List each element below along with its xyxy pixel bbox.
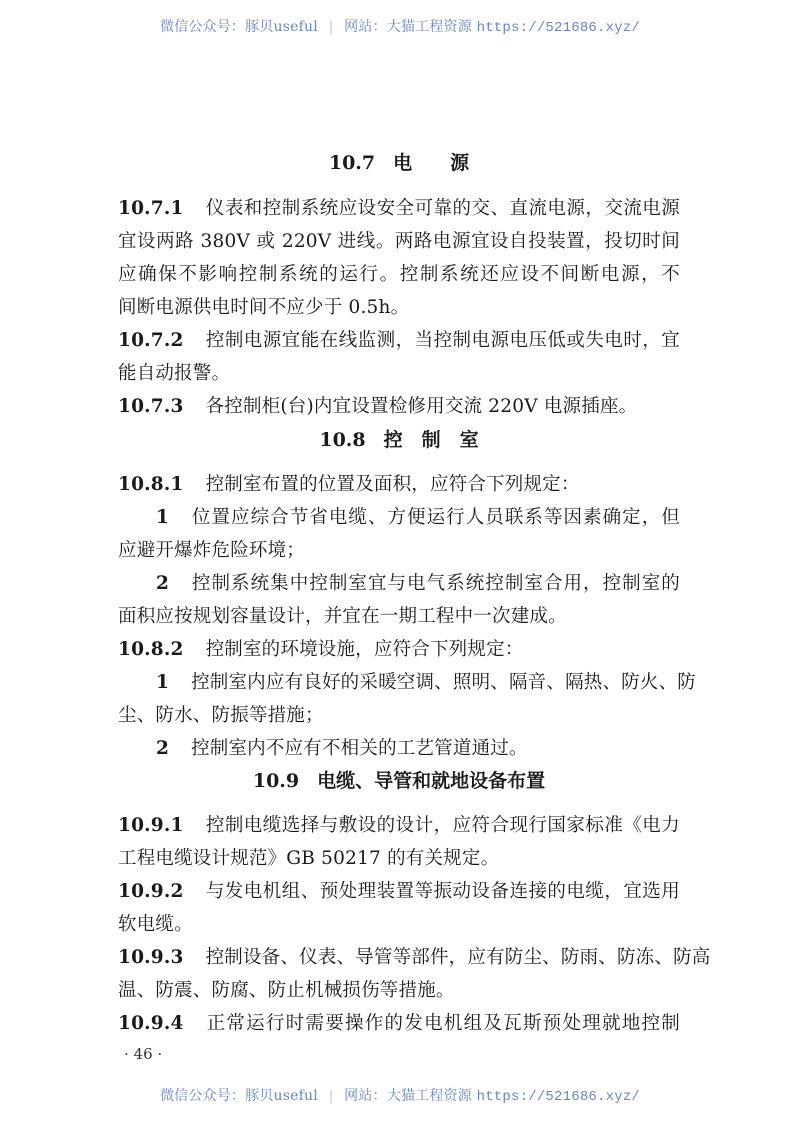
text-line: 宜设两路 380V 或 220V 进线。两路电源宜设自投装置，投切时间 — [118, 231, 680, 253]
watermark-bottom: 微信公众号：豚贝useful | 网站：大猫工程资源 https://52168… — [0, 1085, 800, 1105]
item-1: 1位置应综合节省电缆、方便运行人员联系等因素确定，但 — [118, 507, 680, 529]
text-line: 工程电缆设计规范》GB 50217 的有关规定。 — [118, 848, 680, 870]
watermark-top: 微信公众号：豚贝useful | 网站：大猫工程资源 https://52168… — [0, 16, 800, 36]
item-text: 位置应综合节省电缆、方便运行人员联系等因素确定，但 — [191, 507, 680, 528]
item-number: 2 — [156, 573, 169, 594]
text-line: 尘、防水、防振等措施； — [118, 705, 680, 727]
clause-10-9-3: 10.9.3控制设备、仪表、导管等部件，应有防尘、防雨、防冻、防高 — [118, 947, 680, 969]
clause-text: 控制室的环境设施，应符合下列规定： — [206, 639, 524, 660]
text-line: 温、防震、防腐、防止机械损伤等措施。 — [118, 980, 680, 1002]
item-text: 控制室内应有良好的采暖空调、照明、隔音、隔热、防火、防 — [191, 672, 696, 693]
item-2: 2控制系统集中控制室宜与电气系统控制室合用，控制室的 — [118, 573, 680, 595]
text-line: 软电缆。 — [118, 914, 680, 936]
clause-number: 10.9.4 — [118, 1013, 184, 1034]
heading-number: 10.7 — [329, 152, 375, 174]
watermark-site: 网站：大猫工程资源 — [344, 19, 472, 35]
watermark-wechat: 微信公众号：豚贝useful — [160, 1088, 318, 1104]
watermark-wechat: 微信公众号：豚贝useful — [160, 19, 318, 35]
watermark-separator: | — [329, 19, 334, 35]
clause-number: 10.8.2 — [118, 639, 184, 660]
clause-10-9-4: 10.9.4正常运行时需要操作的发电机组及瓦斯预处理就地控制 — [118, 1013, 680, 1035]
item-text: 控制系统集中控制室宜与电气系统控制室合用，控制室的 — [191, 573, 680, 594]
clause-number: 10.7.2 — [118, 330, 184, 351]
clause-text: 控制电缆选择与敷设的设计，应符合现行国家标准《电力 — [206, 815, 680, 836]
clause-10-9-2: 10.9.2与发电机组、预处理装置等振动设备连接的电缆，宜选用 — [118, 881, 680, 903]
watermark-url[interactable]: https://521686.xyz/ — [477, 20, 640, 36]
item-1: 1控制室内应有良好的采暖空调、照明、隔音、隔热、防火、防 — [118, 672, 680, 694]
clause-10-9-1: 10.9.1控制电缆选择与敷设的设计，应符合现行国家标准《电力 — [118, 815, 680, 837]
heading-title: 控 制 室 — [384, 429, 479, 451]
clause-text: 控制设备、仪表、导管等部件，应有防尘、防雨、防冻、防高 — [206, 947, 711, 968]
item-number: 1 — [156, 672, 169, 693]
item-number: 1 — [156, 507, 169, 528]
clause-number: 10.9.1 — [118, 815, 184, 836]
clause-10-7-2: 10.7.2控制电源宜能在线监测，当控制电源电压低或失电时，宜 — [118, 330, 680, 352]
clause-text: 仪表和控制系统应设安全可靠的交、直流电源，交流电源 — [206, 198, 680, 219]
heading-number: 10.9 — [253, 770, 299, 792]
clause-number: 10.7.1 — [118, 198, 184, 219]
heading-title: 电缆、导管和就地设备布置 — [317, 770, 545, 792]
clause-text: 控制电源宜能在线监测，当控制电源电压低或失电时，宜 — [206, 330, 680, 351]
text-line: 间断电源供电时间不应少于 0.5h。 — [118, 297, 680, 319]
section-heading-10-7: 10.7电 源 — [118, 148, 680, 175]
clause-text: 正常运行时需要操作的发电机组及瓦斯预处理就地控制 — [206, 1013, 680, 1034]
watermark-separator: | — [329, 1088, 334, 1104]
clause-text: 与发电机组、预处理装置等振动设备连接的电缆，宜选用 — [206, 881, 680, 902]
item-number: 2 — [156, 738, 169, 759]
section-heading-10-8: 10.8控 制 室 — [118, 425, 680, 452]
clause-10-8-1: 10.8.1控制室布置的位置及面积，应符合下列规定： — [118, 474, 680, 496]
text-line: 能自动报警。 — [118, 363, 680, 385]
clause-number: 10.8.1 — [118, 474, 184, 495]
clause-number: 10.9.3 — [118, 947, 184, 968]
clause-10-7-3: 10.7.3各控制柜(台)内宜设置检修用交流 220V 电源插座。 — [118, 396, 680, 418]
watermark-site: 网站：大猫工程资源 — [344, 1088, 472, 1104]
text-line: 应避开爆炸危险环境； — [118, 540, 680, 562]
item-text: 控制室内不应有不相关的工艺管道通过。 — [191, 738, 528, 759]
item-2: 2控制室内不应有不相关的工艺管道通过。 — [118, 738, 680, 760]
clause-10-8-2: 10.8.2控制室的环境设施，应符合下列规定： — [118, 639, 680, 661]
clause-text: 各控制柜(台)内宜设置检修用交流 220V 电源插座。 — [206, 396, 638, 417]
text-line: 应确保不影响控制系统的运行。控制系统还应设不间断电源，不 — [118, 264, 680, 286]
section-heading-10-9: 10.9电缆、导管和就地设备布置 — [118, 766, 680, 793]
clause-text: 控制室布置的位置及面积，应符合下列规定： — [206, 474, 580, 495]
heading-title: 电 源 — [393, 152, 469, 174]
text-line: 面积应按规划容量设计，并宜在一期工程中一次建成。 — [118, 606, 680, 628]
page-number: · 46 · — [124, 1045, 162, 1063]
clause-10-7-1: 10.7.1仪表和控制系统应设安全可靠的交、直流电源，交流电源 — [118, 198, 680, 220]
watermark-url[interactable]: https://521686.xyz/ — [477, 1089, 640, 1105]
heading-number: 10.8 — [319, 429, 365, 451]
clause-number: 10.7.3 — [118, 396, 184, 417]
clause-number: 10.9.2 — [118, 881, 184, 902]
